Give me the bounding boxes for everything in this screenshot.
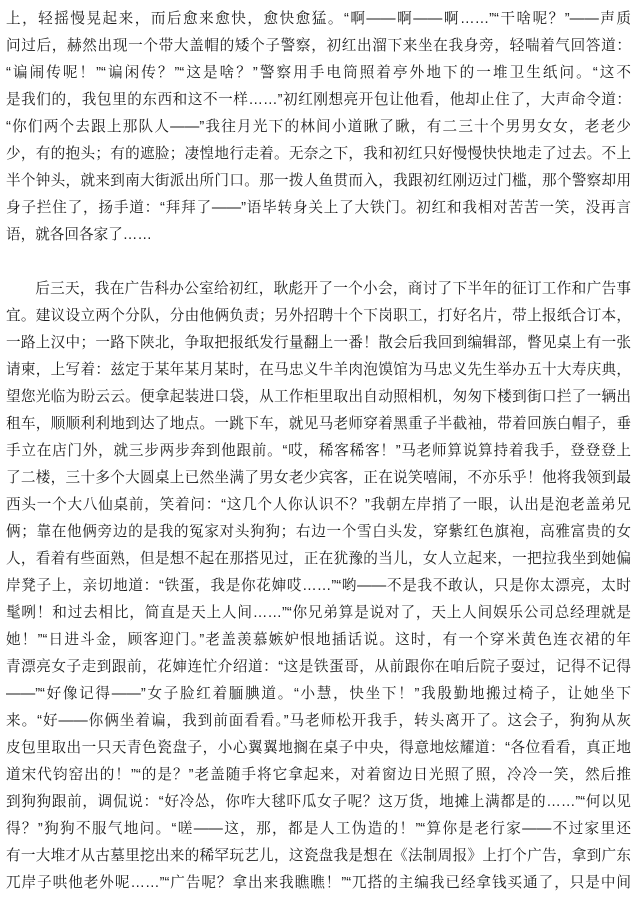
text-line: 岸凳子上，亲切地道：“铁蛋，我是你花婶哎……”“哟——不是我不敢认，只是你太漂亮… [6, 573, 631, 600]
text-line: 兀岸子哄他老外呢……”“广告呢？拿出来我瞧瞧！”“兀搭的主编我已经拿钱买通了，只… [6, 870, 631, 897]
text-line: 宜。建议设立两个分队，分由他俩负责；另外招聘十个下岗职工，打好名片，带上报纸合订… [6, 303, 631, 330]
text-line: 上，轻摇慢晃起来，而后愈来愈快，愈快愈猛。“啊——啊——啊……”“干啥呢？”——… [6, 6, 631, 33]
text-line: 皮包里取出一只天青色瓷盘子，小心翼翼地搁在桌子中央，得意地炫耀道：“各位看看，真… [6, 735, 631, 762]
text-line: 望您光临为盼云云。便拿起装进口袋，从工作柜里取出自动照相机，匆匆下楼到街口拦了一… [6, 384, 631, 411]
text-content: 上，轻摇慢晃起来，而后愈来愈快，愈快愈猛。“啊——啊——啊……”“干啥呢？”——… [6, 6, 631, 897]
text-line: 请柬，上写着：兹定于某年某月某时，在马忠义牛羊肉泡馍馆为马忠义先生举办五十大寿庆… [6, 357, 631, 384]
text-line: 青漂亮女子走到跟前，花婶连忙介绍道：“这是铁蛋哥，从前跟你在咱后院子耍过，记得不… [6, 654, 631, 681]
text-line: 问过后，赫然出现一个带大盖帽的矮个子警察，初红出溜下来坐在我身旁，轻喘着气回答道… [6, 33, 631, 60]
text-line: 语，就各回各家了…… [6, 222, 631, 249]
text-line: 髦咧！和过去相比，简直是天上人间……”“你兄弟算是说对了，天上人间娱乐公司总经理… [6, 600, 631, 627]
paragraph: 上，轻摇慢晃起来，而后愈来愈快，愈快愈猛。“啊——啊——啊……”“干啥呢？”——… [6, 6, 631, 249]
document-page: 上，轻摇慢晃起来，而后愈来愈快，愈快愈猛。“啊——啊——啊……”“干啥呢？”——… [0, 0, 637, 920]
paragraph: 后三天，我在广告科办公室给初红，耿彪开了一个小会，商讨了下半年的征订工作和广告事… [6, 276, 631, 897]
text-line: 一路上汉中；一路下陕北，争取把报纸发行量翻上一番！散会后我回到编辑部，瞥见桌上有… [6, 330, 631, 357]
text-line: “你们两个去跟上那队人——”我往月光下的林间小道瞅了瞅，有二三十个男男女女，老老… [6, 114, 631, 141]
text-line: 俩；靠在他俩旁边的是我的冤家对头狗狗；右边一个雪白头发，穿紫红色旗袍，高雅富贵的… [6, 519, 631, 546]
text-line: 手立在店门外，就三步两步奔到他跟前。“哎，稀客稀客！”马老师算说算持着我手，登登… [6, 438, 631, 465]
text-line: 得？”狗狗不服气地问。“嗟——这，那，都是人工伪造的！”“算你是老行家——不过家… [6, 816, 631, 843]
text-line: 身子拦住了，扬手道：“拜拜了——”语毕转身关上了大铁门。初红和我相对苦苦一笑，没… [6, 195, 631, 222]
text-line: 她！”“日进斗金，顾客迎门。”老盖羡慕嫉妒恨地插话说。这时，有一个穿米黄色连衣裙… [6, 627, 631, 654]
text-line: “谝闹传呢！”“谝闲传？”“这是啥？”警察用手电筒照着亭外地下的一堆卫生纸问。“… [6, 60, 631, 87]
text-line: 西头一个大八仙桌前，笑着问：“这几个人你认识不？”我朝左岸捎了一眼，认出是泡老盖… [6, 492, 631, 519]
text-line: 有一大堆才从古墓里挖出来的稀罕玩艺儿，这瓷盘我是想在《法制周报》上打个广告，拿到… [6, 843, 631, 870]
text-line: 租车，顺顺利利地到达了地点。一跳下车，就见马老师穿着黑重子半截袖，带着回族白帽子… [6, 411, 631, 438]
text-line: 是我们的，我包里的东西和这不一样……”初红刚想亮开包让他看，他却止住了，大声命令… [6, 87, 631, 114]
text-line: 来。“好——你俩坐着谝，我到前面看看。”马老师松开我手，转头离开了。这会子，狗狗… [6, 708, 631, 735]
text-line: 人，看着有些面熟，但是想不起在那搭见过，正在犹豫的当儿，女人立起来，一把拉我坐到… [6, 546, 631, 573]
text-line: 后三天，我在广告科办公室给初红，耿彪开了一个小会，商讨了下半年的征订工作和广告事 [6, 276, 631, 303]
text-line: 了二楼，三十多个大圆桌上已然坐满了男女老少宾客，正在说笑嘻闹，不亦乐乎！他将我领… [6, 465, 631, 492]
text-line: 半个钟头，就来到南大街派出所门口。那一拨人鱼贯而入，我跟初红刚迈过门槛，那个警察… [6, 168, 631, 195]
text-line: ——”“好像记得——”女子脸红着腼腆道。“小慧，快坐下！”我殷勤地搬过椅子，让她… [6, 681, 631, 708]
text-line: 到狗狗跟前，调侃说：“好冷怂，你咋大毬吓瓜女子呢？这万货，地摊上满都是的……”“… [6, 789, 631, 816]
text-line: 道宋代钧窑出的！”“的是？”老盖随手将它拿起来，对着窗边日光照了照，冷冷一笑，然… [6, 762, 631, 789]
text-line: 少，有的抱头；有的遮脸；凄惶地行走着。无奈之下，我和初红只好慢慢快快地走了过去。… [6, 141, 631, 168]
